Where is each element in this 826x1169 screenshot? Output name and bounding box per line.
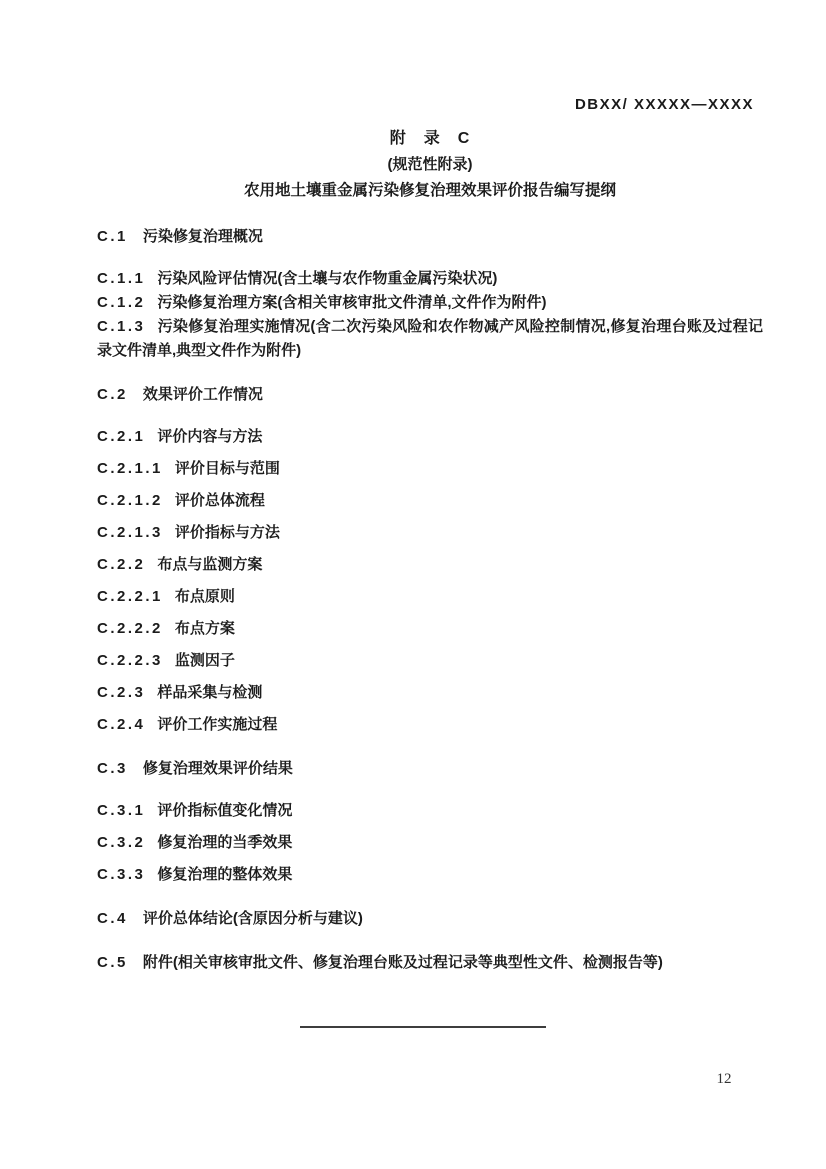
outline-entry: C.1.1污染风险评估情况(含土壤与农作物重金属污染状况) bbox=[97, 267, 763, 291]
clause-number: C.4 bbox=[97, 910, 143, 927]
clause-number: C.1.2 bbox=[97, 294, 157, 311]
clause-number: C.2.2.1 bbox=[97, 588, 175, 605]
clause-title: 评价指标值变化情况 bbox=[157, 802, 292, 819]
clause-number: C.2.2 bbox=[97, 556, 157, 573]
outline-entry: C.5附件(相关审核审批文件、修复治理台账及过程记录等典型性文件、检测报告等) bbox=[97, 951, 763, 975]
clause-title: 效果评价工作情况 bbox=[143, 386, 263, 403]
clause-number: C.2.1.2 bbox=[97, 492, 175, 509]
clause-number: C.2.1.1 bbox=[97, 460, 175, 477]
clause-title: 监测因子 bbox=[175, 652, 235, 669]
clause-title: 评价工作实施过程 bbox=[157, 716, 277, 733]
clause-number: C.3.1 bbox=[97, 802, 157, 819]
clause-title: 修复治理的当季效果 bbox=[157, 834, 292, 851]
clause-number: C.3.3 bbox=[97, 866, 157, 883]
clause-title: 修复治理的整体效果 bbox=[157, 866, 292, 883]
outline-entry: C.4评价总体结论(含原因分析与建议) bbox=[97, 907, 763, 931]
outline-list: C.1污染修复治理概况C.1.1污染风险评估情况(含土壤与农作物重金属污染状况)… bbox=[97, 205, 763, 993]
page-number: 12 bbox=[710, 1071, 738, 1088]
clause-number: C.2.1.3 bbox=[97, 524, 175, 541]
outline-entry: C.2.2.2布点方案 bbox=[97, 617, 763, 641]
outline-entry: C.1污染修复治理概况 bbox=[97, 225, 763, 249]
standard-code: DBXX/ XXXXX—XXXX bbox=[575, 97, 754, 113]
outline-entry: C.2效果评价工作情况 bbox=[97, 383, 763, 407]
clause-number: C.3 bbox=[97, 760, 143, 777]
clause-title: 布点与监测方案 bbox=[157, 556, 262, 573]
outline-entry: C.3.2修复治理的当季效果 bbox=[97, 831, 763, 855]
clause-number: C.5 bbox=[97, 954, 143, 971]
clause-number: C.3.2 bbox=[97, 834, 157, 851]
clause-title: 布点方案 bbox=[175, 620, 235, 637]
clause-title: 附件(相关审核审批文件、修复治理台账及过程记录等典型性文件、检测报告等) bbox=[143, 954, 663, 971]
outline-entry: C.2.2.3监测因子 bbox=[97, 649, 763, 673]
clause-number: C.1.3 bbox=[97, 318, 157, 335]
outline-entry: C.2.1.1评价目标与范围 bbox=[97, 457, 763, 481]
outline-entry: C.2.2.1布点原则 bbox=[97, 585, 763, 609]
outline-entry: C.2.2布点与监测方案 bbox=[97, 553, 763, 577]
clause-number: C.2.2.3 bbox=[97, 652, 175, 669]
outline-entry: C.2.1.2评价总体流程 bbox=[97, 489, 763, 513]
report-outline-title: 农用地土壤重金属污染修复治理效果评价报告编写提纲 bbox=[97, 178, 763, 204]
clause-title: 污染修复治理实施情况(含二次污染风险和农作物减产风险控制情况,修复治理台账及过程… bbox=[97, 318, 763, 359]
clause-number: C.2.2.2 bbox=[97, 620, 175, 637]
clause-title: 污染修复治理概况 bbox=[143, 228, 263, 245]
footnote-separator-line bbox=[300, 1026, 546, 1028]
clause-title: 污染修复治理方案(含相关审核审批文件清单,文件作为附件) bbox=[157, 294, 546, 311]
outline-entry: C.3修复治理效果评价结果 bbox=[97, 757, 763, 781]
clause-number: C.1 bbox=[97, 228, 143, 245]
outline-entry: C.3.3修复治理的整体效果 bbox=[97, 863, 763, 887]
appendix-heading: 附 录 C bbox=[97, 126, 763, 152]
clause-number: C.1.1 bbox=[97, 270, 157, 287]
outline-entry: C.2.4评价工作实施过程 bbox=[97, 713, 763, 737]
outline-entry: C.3.1评价指标值变化情况 bbox=[97, 799, 763, 823]
document-page: DBXX/ XXXXX—XXXX 附 录 C (规范性附录) 农用地土壤重金属污… bbox=[0, 0, 826, 1169]
clause-number: C.2.1 bbox=[97, 428, 157, 445]
clause-title: 评价指标与方法 bbox=[175, 524, 280, 541]
clause-number: C.2.3 bbox=[97, 684, 157, 701]
clause-title: 修复治理效果评价结果 bbox=[143, 760, 293, 777]
clause-title: 样品采集与检测 bbox=[157, 684, 262, 701]
title-block: 附 录 C (规范性附录) 农用地土壤重金属污染修复治理效果评价报告编写提纲 bbox=[97, 126, 763, 204]
outline-entry: C.1.2污染修复治理方案(含相关审核审批文件清单,文件作为附件) bbox=[97, 291, 763, 315]
outline-entry: C.2.1.3评价指标与方法 bbox=[97, 521, 763, 545]
clause-title: 评价总体结论(含原因分析与建议) bbox=[143, 910, 363, 927]
outline-entry: C.1.3污染修复治理实施情况(含二次污染风险和农作物减产风险控制情况,修复治理… bbox=[97, 315, 763, 363]
clause-title: 评价目标与范围 bbox=[175, 460, 280, 477]
outline-entry: C.2.1评价内容与方法 bbox=[97, 425, 763, 449]
outline-entry: C.2.3样品采集与检测 bbox=[97, 681, 763, 705]
clause-number: C.2.4 bbox=[97, 716, 157, 733]
clause-title: 评价总体流程 bbox=[175, 492, 265, 509]
clause-title: 布点原则 bbox=[175, 588, 235, 605]
clause-number: C.2 bbox=[97, 386, 143, 403]
appendix-type: (规范性附录) bbox=[97, 152, 763, 178]
clause-title: 污染风险评估情况(含土壤与农作物重金属污染状况) bbox=[157, 270, 497, 287]
clause-title: 评价内容与方法 bbox=[157, 428, 262, 445]
